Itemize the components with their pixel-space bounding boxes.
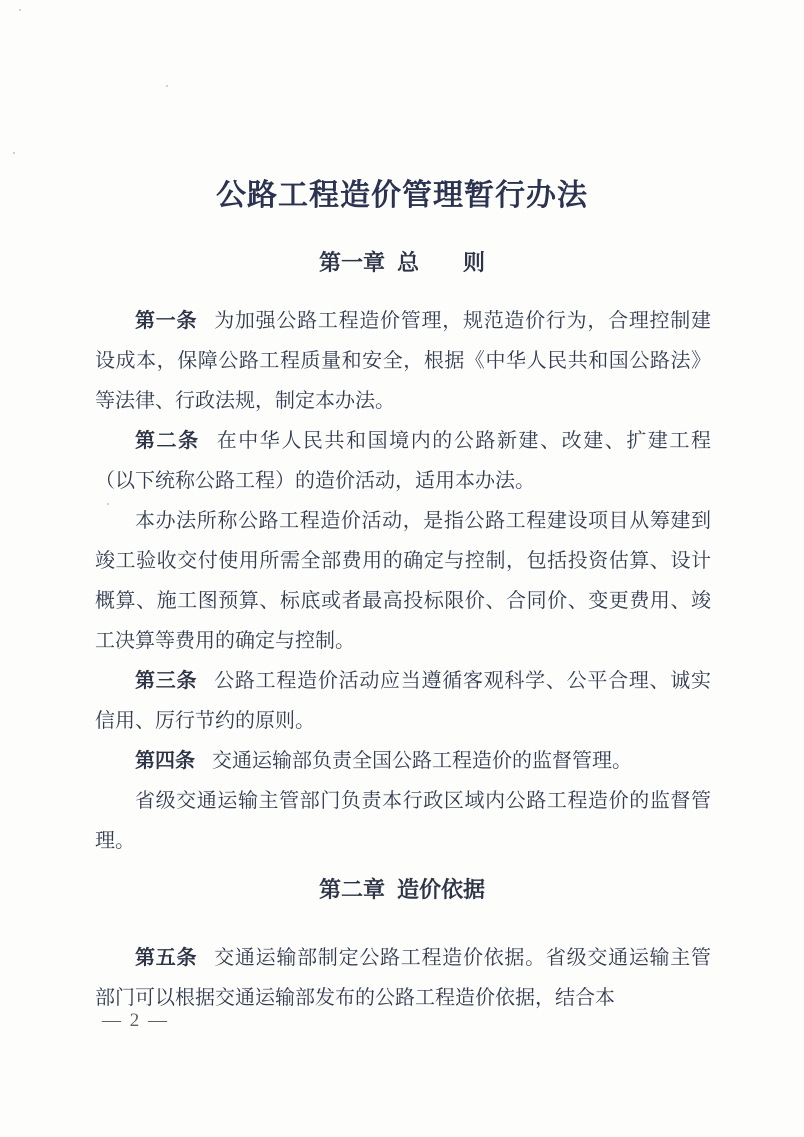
article-1-paragraph: 第一条为加强公路工程造价管理，规范造价行为，合理控制建设成本，保障公路工程质量和…: [95, 301, 711, 421]
scan-speck: [166, 85, 168, 87]
chapter-2-heading: 第二章造价依据: [0, 875, 804, 905]
document-title: 公路工程造价管理暂行办法: [0, 178, 804, 214]
article-4-number: 第四条: [135, 750, 195, 772]
article-4-text: 交通运输部负责全国公路工程造价的监督管理。: [212, 750, 632, 772]
article-4-continuation-text: 省级交通运输主管部门负责本行政区域内公路工程造价的监督管理。: [95, 790, 711, 852]
scan-speck: [13, 152, 15, 154]
article-3-paragraph: 第三条公路工程造价活动应当遵循客观科学、公平合理、诚实信用、厉行节约的原则。: [95, 661, 711, 741]
scan-speck: [19, 9, 21, 11]
article-2-number: 第二条: [135, 430, 200, 452]
chapter-1-title: 总 则: [397, 250, 485, 275]
article-5-paragraph: 第五条交通运输部制定公路工程造价依据。省级交通运输主管部门可以根据交通运输部发布…: [95, 938, 711, 1018]
chapter-2-label: 第二章: [319, 877, 385, 902]
article-2-paragraph: 第二条在中华人民共和国境内的公路新建、改建、扩建工程（以下统称公路工程）的造价活…: [95, 421, 711, 501]
article-1-number: 第一条: [135, 310, 197, 332]
article-5-number: 第五条: [135, 947, 197, 969]
chapter-1-heading: 第一章总 则: [0, 248, 804, 278]
page-number: — 2 —: [102, 1010, 169, 1032]
article-2-continuation-text: 本办法所称公路工程造价活动，是指公路工程建设项目从筹建到竣工验收交付使用所需全部…: [95, 510, 711, 652]
chapter-2-title: 造价依据: [397, 877, 485, 902]
article-2-continuation-paragraph: 本办法所称公路工程造价活动，是指公路工程建设项目从筹建到竣工验收交付使用所需全部…: [95, 501, 711, 661]
article-4-paragraph: 第四条交通运输部负责全国公路工程造价的监督管理。: [95, 741, 711, 781]
chapter-1-label: 第一章: [319, 250, 385, 275]
article-3-number: 第三条: [135, 670, 197, 692]
scanned-document-page: 公路工程造价管理暂行办法 第一章总 则 第一条为加强公路工程造价管理，规范造价行…: [0, 0, 804, 1137]
chapter-1-body: 第一条为加强公路工程造价管理，规范造价行为，合理控制建设成本，保障公路工程质量和…: [95, 301, 711, 861]
article-4-continuation-paragraph: 省级交通运输主管部门负责本行政区域内公路工程造价的监督管理。: [95, 781, 711, 861]
chapter-2-body: 第五条交通运输部制定公路工程造价依据。省级交通运输主管部门可以根据交通运输部发布…: [95, 938, 711, 1018]
scan-speck: [107, 503, 109, 505]
